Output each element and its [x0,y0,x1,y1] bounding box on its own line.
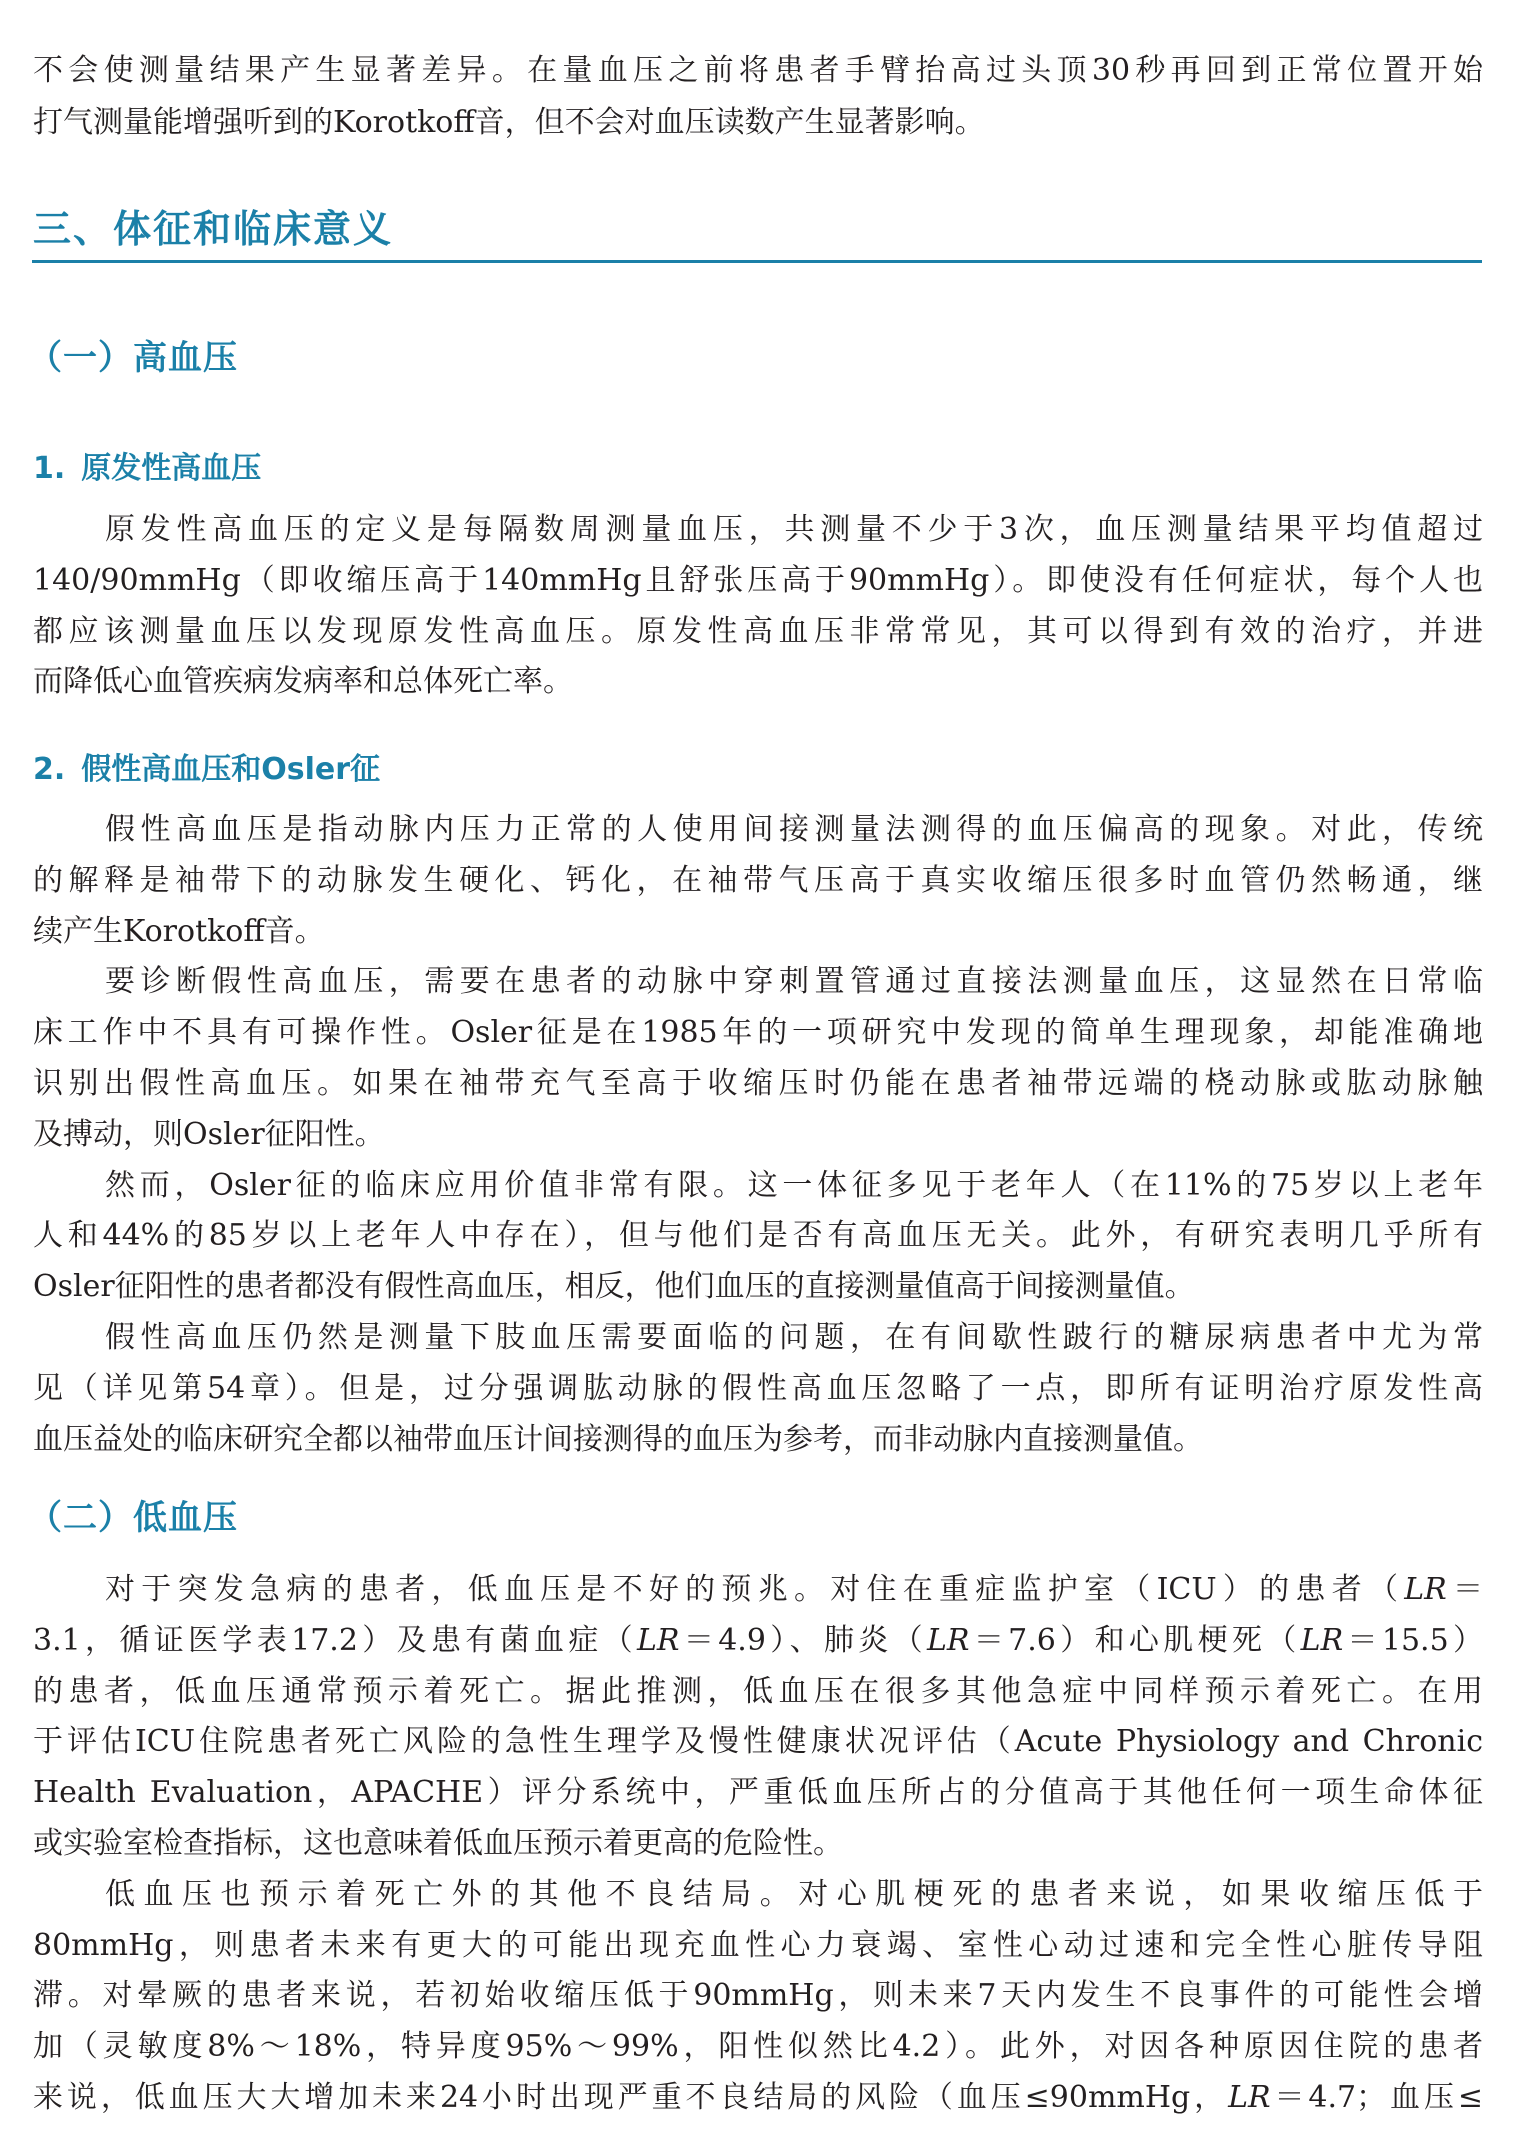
text-line: 3.1，循证医学表17.2）及患有菌血症（LR＝4.9）、肺炎（LR＝7.6）和… [33,1616,1483,1667]
paragraph: 假性高血压是指动脉内压力正常的人使用间接测量法测得的血压偏高的现象。对此，传统 … [33,805,1483,957]
text-line: 的解释是袖带下的动脉发生硬化、钙化，在袖带气压高于真实收缩压很多时血管仍然畅通，… [33,856,1483,907]
paragraph: 对于突发急病的患者，低血压是不好的预兆。对住在重症监护室（ICU）的患者（LR＝… [33,1565,1483,1870]
subsection-heading-hypotension: （二）低血压 [28,1495,238,1541]
text-line: 假性高血压是指动脉内压力正常的人使用间接测量法测得的血压偏高的现象。对此，传统 [33,805,1483,856]
text-line: 假性高血压仍然是测量下肢血压需要面临的问题，在有间歇性跛行的糖尿病患者中尤为常 [33,1313,1483,1364]
paragraph: 低血压也预示着死亡外的其他不良结局。对心肌梗死的患者来说，如果收缩压低于 80m… [33,1870,1483,2124]
text-line: 低血压也预示着死亡外的其他不良结局。对心肌梗死的患者来说，如果收缩压低于 [33,1870,1483,1921]
text-line: 血压益处的临床研究全都以袖带血压计间接测得的血压为参考，而非动脉内直接测量值。 [33,1415,1483,1466]
text-line: 于评估ICU住院患者死亡风险的急性生理学及慢性健康状况评估（Acute Phys… [33,1717,1483,1768]
text-line: 人和44%的85岁以上老年人中存在），但与他们是否有高血压无关。此外，有研究表明… [33,1211,1483,1262]
likelihood-ratio-symbol: LR [927,1623,970,1658]
text-line: 来说，低血压大大增加未来24小时出现严重不良结局的风险（血压≤90mmHg，LR… [33,2073,1483,2124]
text-line: 续产生Korotkoff音。 [33,907,1483,958]
paragraph-essential-hypertension: 原发性高血压的定义是每隔数周测量血压，共测量不少于3次，血压测量结果平均值超过 … [33,505,1483,708]
text-line: 都应该测量血压以发现原发性高血压。原发性高血压非常常见，其可以得到有效的治疗，并… [33,607,1483,658]
paragraph: 然而，Osler征的临床应用价值非常有限。这一体征多见于老年人（在11%的75岁… [33,1161,1483,1313]
text-line: 的患者，低血压通常预示着死亡。据此推测，低血压在很多其他急症中同样预示着死亡。在… [33,1667,1483,1718]
text-line: 识别出假性高血压。如果在袖带充气至高于收缩压时仍能在患者袖带远端的桡动脉或肱动脉… [33,1059,1483,1110]
paragraph: 假性高血压仍然是测量下肢血压需要面临的问题，在有间歇性跛行的糖尿病患者中尤为常 … [33,1313,1483,1465]
text-line: 或实验室检查指标，这也意味着低血压预示着更高的危险性。 [33,1819,1483,1870]
topic-number: 2. [33,752,65,787]
topic-title: 原发性高血压 [81,451,261,486]
text-line: 原发性高血压的定义是每隔数周测量血压，共测量不少于3次，血压测量结果平均值超过 [33,505,1483,556]
text-line: 及搏动，则Osler征阳性。 [33,1110,1483,1161]
text-line: 而降低心血管疾病发病率和总体死亡率。 [33,657,1483,708]
likelihood-ratio-symbol: LR [637,1623,680,1658]
topic-number: 1. [33,451,65,486]
likelihood-ratio-symbol: LR [1404,1572,1447,1607]
text-line: Health Evaluation，APACHE）评分系统中，严重低血压所占的分… [33,1768,1483,1819]
text-line: 然而，Osler征的临床应用价值非常有限。这一体征多见于老年人（在11%的75岁… [33,1161,1483,1212]
text-line: 见（详见第54章）。但是，过分强调肱动脉的假性高血压忽略了一点，即所有证明治疗原… [33,1364,1483,1415]
likelihood-ratio-symbol: LR [1228,2080,1271,2115]
text-line: 滞。对晕厥的患者来说，若初始收缩压低于90mmHg，则未来7天内发生不良事件的可… [33,1971,1483,2022]
text-line: 不会使测量结果产生显著差异。在量血压之前将患者手臂抬高过头顶30秒再回到正常位置… [33,46,1483,97]
text-line: 80mmHg，则患者未来有更大的可能出现充血性心力衰竭、室性心动过速和完全性心脏… [33,1921,1483,1972]
text-line: 加（灵敏度8%～18%，特异度95%～99%，阳性似然比4.2）。此外，对因各种… [33,2022,1483,2073]
document-page: 不会使测量结果产生显著差异。在量血压之前将患者手臂抬高过头顶30秒再回到正常位置… [0,0,1536,2130]
subsection-heading-hypertension: （一）高血压 [28,335,238,381]
hypotension-body: 对于突发急病的患者，低血压是不好的预兆。对住在重症监护室（ICU）的患者（LR＝… [33,1565,1483,2124]
paragraph: 要诊断假性高血压，需要在患者的动脉中穿刺置管通过直接法测量血压，这显然在日常临 … [33,957,1483,1160]
text-line: 床工作中不具有可操作性。Osler征是在1985年的一项研究中发现的简单生理现象… [33,1008,1483,1059]
text-line: 打气测量能增强听到的Korotkoff音，但不会对血压读数产生显著影响。 [33,98,1483,149]
topic-title: 假性高血压和Osler征 [81,752,380,787]
likelihood-ratio-symbol: LR [1301,1623,1344,1658]
section-heading: 三、体征和临床意义 [33,204,393,254]
text-line: Osler征阳性的患者都没有假性高血压，相反，他们血压的直接测量值高于间接测量值… [33,1262,1483,1313]
text-line: 要诊断假性高血压，需要在患者的动脉中穿刺置管通过直接法测量血压，这显然在日常临 [33,957,1483,1008]
continuation-paragraph: 不会使测量结果产生显著差异。在量血压之前将患者手臂抬高过头顶30秒再回到正常位置… [33,46,1483,149]
text-line: 140/90mmHg（即收缩压高于140mmHg且舒张压高于90mmHg）。即使… [33,556,1483,607]
pseudohypertension-body: 假性高血压是指动脉内压力正常的人使用间接测量法测得的血压偏高的现象。对此，传统 … [33,805,1483,1465]
topic-heading-essential-hypertension: 1.原发性高血压 [33,448,261,490]
section-divider [32,260,1482,263]
text-line: 对于突发急病的患者，低血压是不好的预兆。对住在重症监护室（ICU）的患者（LR＝ [33,1565,1483,1616]
topic-heading-pseudohypertension: 2.假性高血压和Osler征 [33,749,380,791]
